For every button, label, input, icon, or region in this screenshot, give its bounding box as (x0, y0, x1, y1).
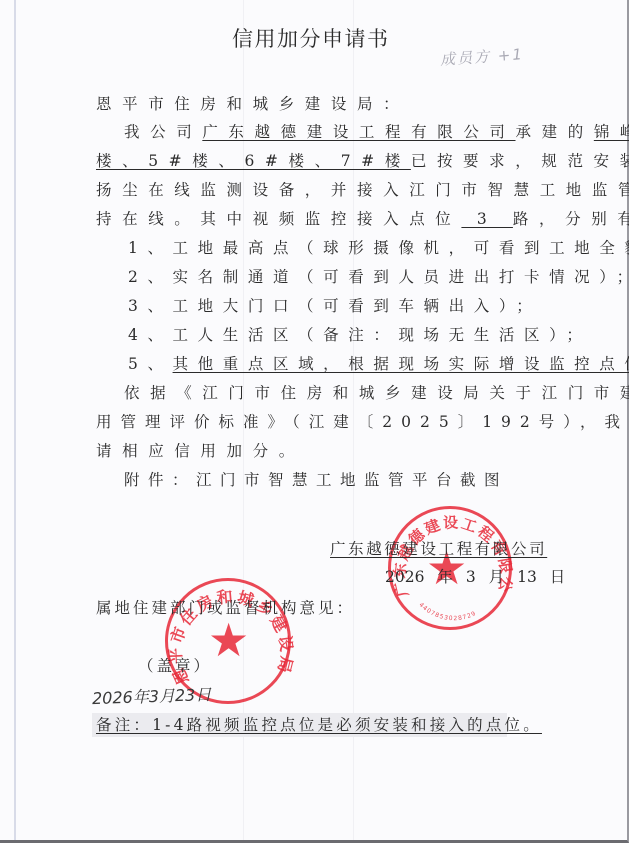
addressee: 恩平市住房和城乡建设局： (96, 94, 409, 114)
signature-date: 2026 年 3 月 13 日 (385, 567, 565, 587)
signature-company: 广东越德建设工程有限公司 (330, 539, 547, 559)
scan-edge-line (14, 0, 16, 840)
basis-line-2: 用管理评价标准》（江建〔2025〕192号），我公司特此申 (96, 412, 629, 432)
date-month: 3 (466, 568, 476, 586)
text: 承建的 (516, 123, 594, 141)
list-item: 2、实名制通道（可看到人员进出打卡情况）； (128, 267, 629, 287)
list-item: 5、其他重点区域，根据现场实际增设监控点位。 (128, 354, 629, 374)
basis-line-3: 请相应信用加分。 (96, 441, 305, 461)
document-page: 信用加分申请书 成员方 +1 恩平市住房和城乡建设局： 我公司广东越德建设工程有… (0, 0, 629, 843)
project-buildings: 楼、5#楼、6#楼、7#楼 (96, 152, 411, 170)
body-paragraph-line-4: 持在线。其中视频监控接入点位 3 路，分别有： (96, 209, 629, 229)
text: 持在线。其中视频监控接入点位 (96, 210, 461, 228)
company-name: 广东越德建设工程有限公司 (202, 123, 515, 141)
pencil-annotation: 成员方 +1 (439, 43, 524, 70)
text: 5、 (128, 355, 173, 373)
authority-opinion-label: 属地住建部门或监督机构意见： (96, 598, 355, 618)
text: 其他重点区域，根据现场实际增设监控点位 (173, 355, 629, 373)
seal-label: （盖章） (138, 656, 212, 676)
handwritten-date: 2026年3月23日 (92, 682, 212, 709)
document-title: 信用加分申请书 (232, 23, 390, 53)
date-label: 日 (550, 568, 566, 586)
text: 路，分别有： (513, 210, 629, 228)
remark-note: 备注：1-4路视频监控点位是必须安装和接入的点位。 (96, 715, 542, 735)
camera-count: 3 (461, 210, 513, 228)
project-name: 锦峰雅苑 4# (594, 123, 629, 141)
body-paragraph-line-3: 扬尘在线监测设备，并接入江门市智慧工地监管平台，并保 (96, 180, 629, 200)
list-item: 1、工地最高点（球形摄像机，可看到工地全貌）； (128, 238, 629, 258)
body-paragraph-line-2: 楼、5#楼、6#楼、7#楼已按要求，规范安装视频监控设备和 (96, 151, 629, 171)
basis-line-1: 依据《江门市住房和城乡建设局关于江门市建筑市场信 (124, 383, 629, 403)
svg-text:4407853028729: 4407853028729 (418, 601, 478, 622)
attachment-line: 附件：江门市智慧工地监管平台截图 (124, 470, 508, 490)
date-label: 月 (489, 568, 505, 586)
body-paragraph-line-1: 我公司广东越德建设工程有限公司承建的锦峰雅苑 4# (124, 122, 629, 142)
date-label: 年 (437, 568, 453, 586)
list-item: 4、工人生活区（备注：现场无生活区）； (128, 325, 592, 345)
date-year: 2026 (385, 568, 424, 586)
list-item: 3、工地大门口（可看到车辆出入）； (128, 296, 541, 316)
text: 我公司 (124, 123, 202, 141)
date-day: 13 (517, 568, 537, 586)
text: 已按要求，规范安装视频监控设备和 (411, 152, 629, 170)
